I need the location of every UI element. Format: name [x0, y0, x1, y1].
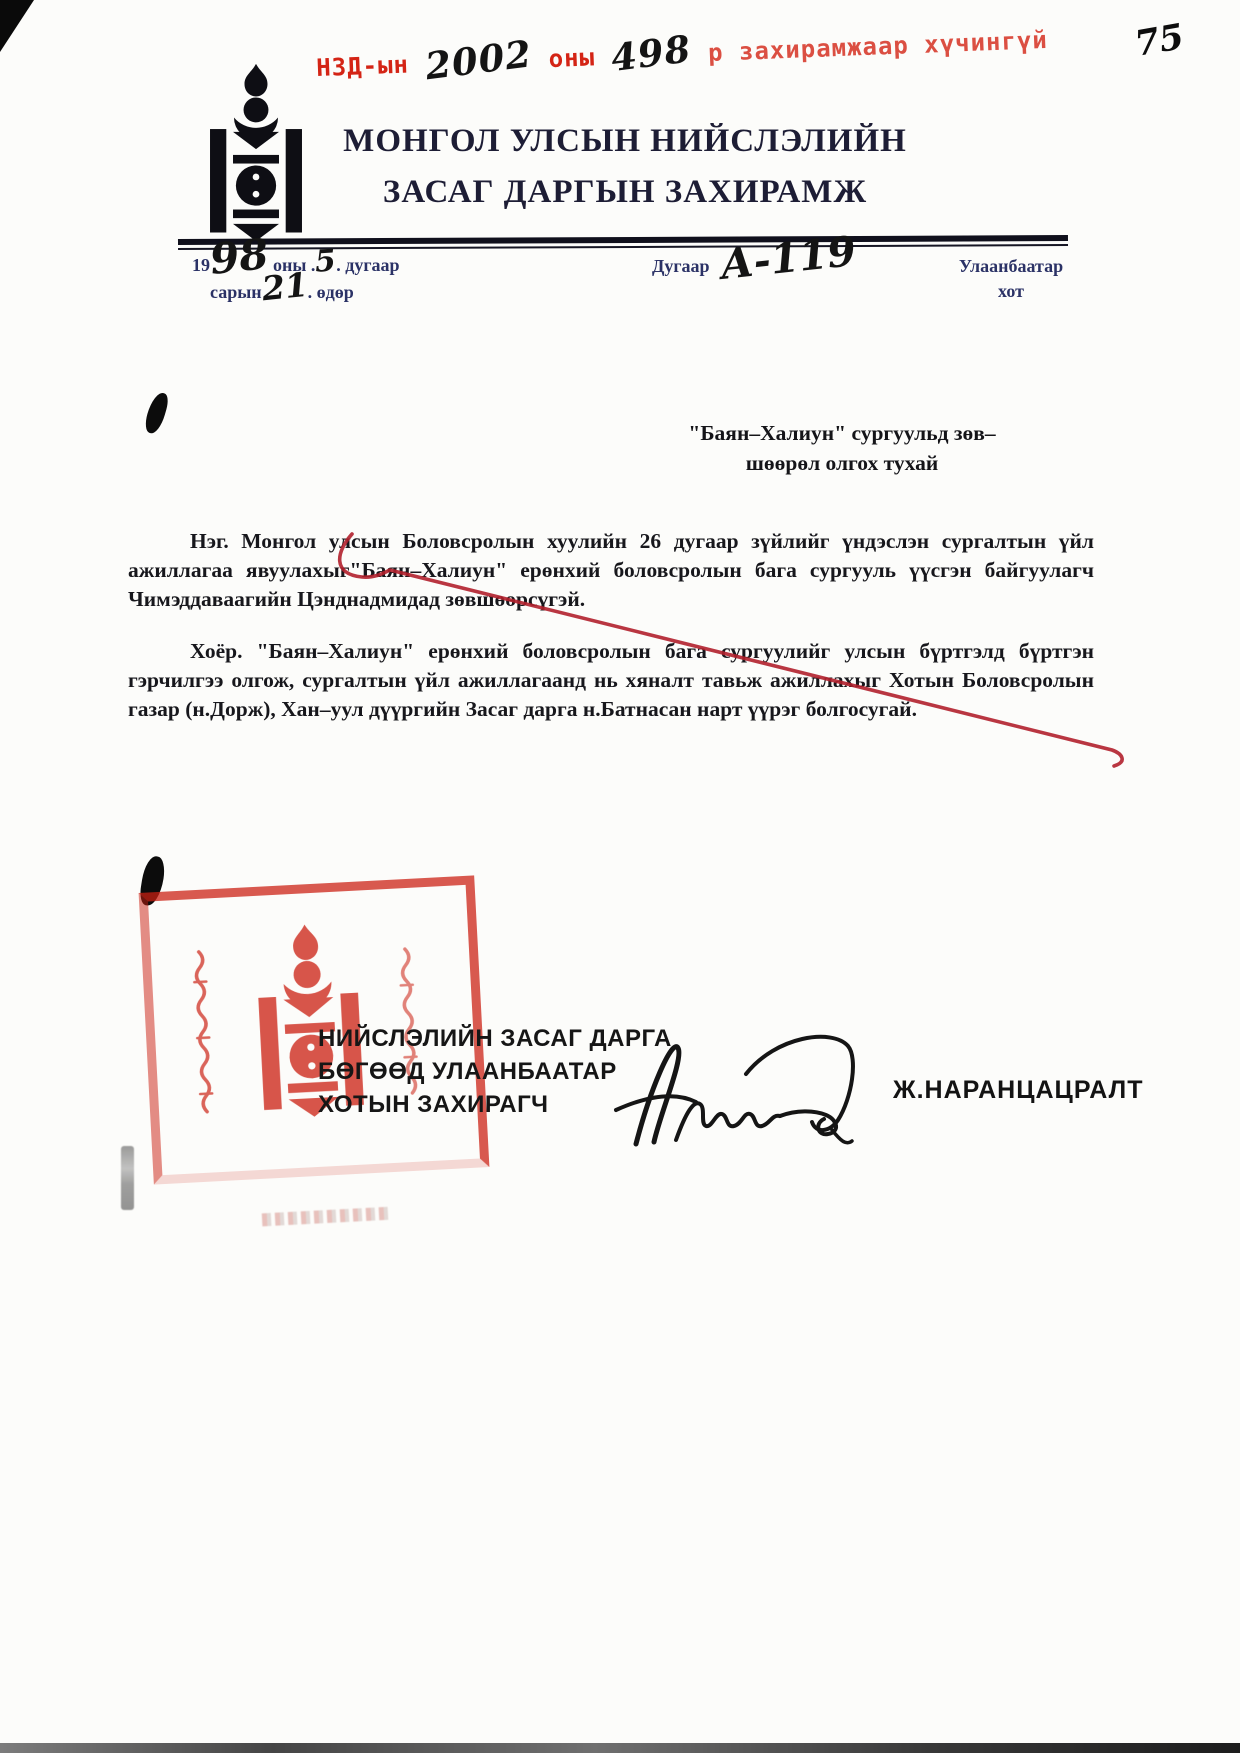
subject-line-2: шөөрөл олгох тухай	[632, 448, 1052, 478]
margin-smudge-artifact	[121, 1146, 134, 1210]
city-line-2: хот	[945, 279, 1077, 304]
ink-blot-artifact	[143, 390, 171, 435]
signatory-name: Ж.НАРАНЦАЦРАЛТ	[893, 1076, 1143, 1105]
decree-number-handwritten: А-119	[720, 251, 855, 265]
subject-block: "Баян–Халиун" сургуульд зөв– шөөрөл олго…	[632, 418, 1052, 478]
page-number-handwritten: 75	[1132, 16, 1187, 65]
date-month-handwritten: 5	[315, 261, 336, 262]
invalidation-prefix: НЗД-ын	[316, 51, 410, 83]
subject-line-1: "Баян–Халиун" сургуульд зөв–	[632, 418, 1052, 448]
invalidation-year-handwritten: 2002	[426, 53, 532, 66]
body-paragraph-1: Нэг. Монгол улсын Боловсролын хуулийн 26…	[128, 527, 1094, 614]
date-mid3: сарын	[210, 282, 262, 302]
invalidation-year-word: оны	[548, 43, 595, 73]
scan-bottom-edge-artifact	[0, 1743, 1240, 1753]
scan-corner-artifact	[0, 0, 34, 52]
invalidation-number-handwritten: 498	[612, 48, 692, 58]
date-block: 1998 оны .5. дугаар сарын21. өдөр	[192, 252, 492, 306]
title-line-2: ЗАСАГ ДАРГЫН ЗАХИРАМЖ	[330, 167, 920, 218]
invalidation-suffix: р захирамжаар хүчингүй	[708, 26, 1049, 67]
city-block: Улаанбаатар хот	[945, 254, 1077, 304]
decree-number-block: Дугаар А-119	[652, 256, 856, 277]
decree-number-label: Дугаар	[652, 256, 710, 276]
divider-thick-line	[178, 235, 1068, 245]
divider-thin-line	[178, 244, 1068, 250]
soyombo-emblem-icon	[208, 62, 304, 249]
seal-smear-artifact	[262, 1207, 393, 1227]
city-line-1: Улаанбаатар	[945, 254, 1077, 279]
document-page: НЗД-ын 2002 оны 498 р захирамжаар хүчинг…	[0, 0, 1240, 1753]
title-line-1: МОНГОЛ УЛСЫН НИЙСЛЭЛИЙН	[330, 116, 920, 167]
handwritten-signature-icon	[598, 1012, 898, 1157]
date-year-handwritten: 98	[210, 254, 268, 260]
header-divider	[178, 235, 1068, 250]
date-mid2: . дугаар	[336, 255, 399, 275]
invalidation-stamp: НЗД-ын 2002 оны 498 р захирамжаар хүчинг…	[316, 26, 1049, 82]
date-prefix: 19	[192, 255, 210, 275]
date-suffix: . өдөр	[308, 282, 354, 302]
body-paragraph-2: Хоёр. "Баян–Халиун" ерөнхий боловсролын …	[128, 637, 1094, 724]
document-title: МОНГОЛ УЛСЫН НИЙСЛЭЛИЙН ЗАСАГ ДАРГЫН ЗАХ…	[330, 116, 920, 218]
date-day-handwritten: 21	[262, 285, 308, 290]
